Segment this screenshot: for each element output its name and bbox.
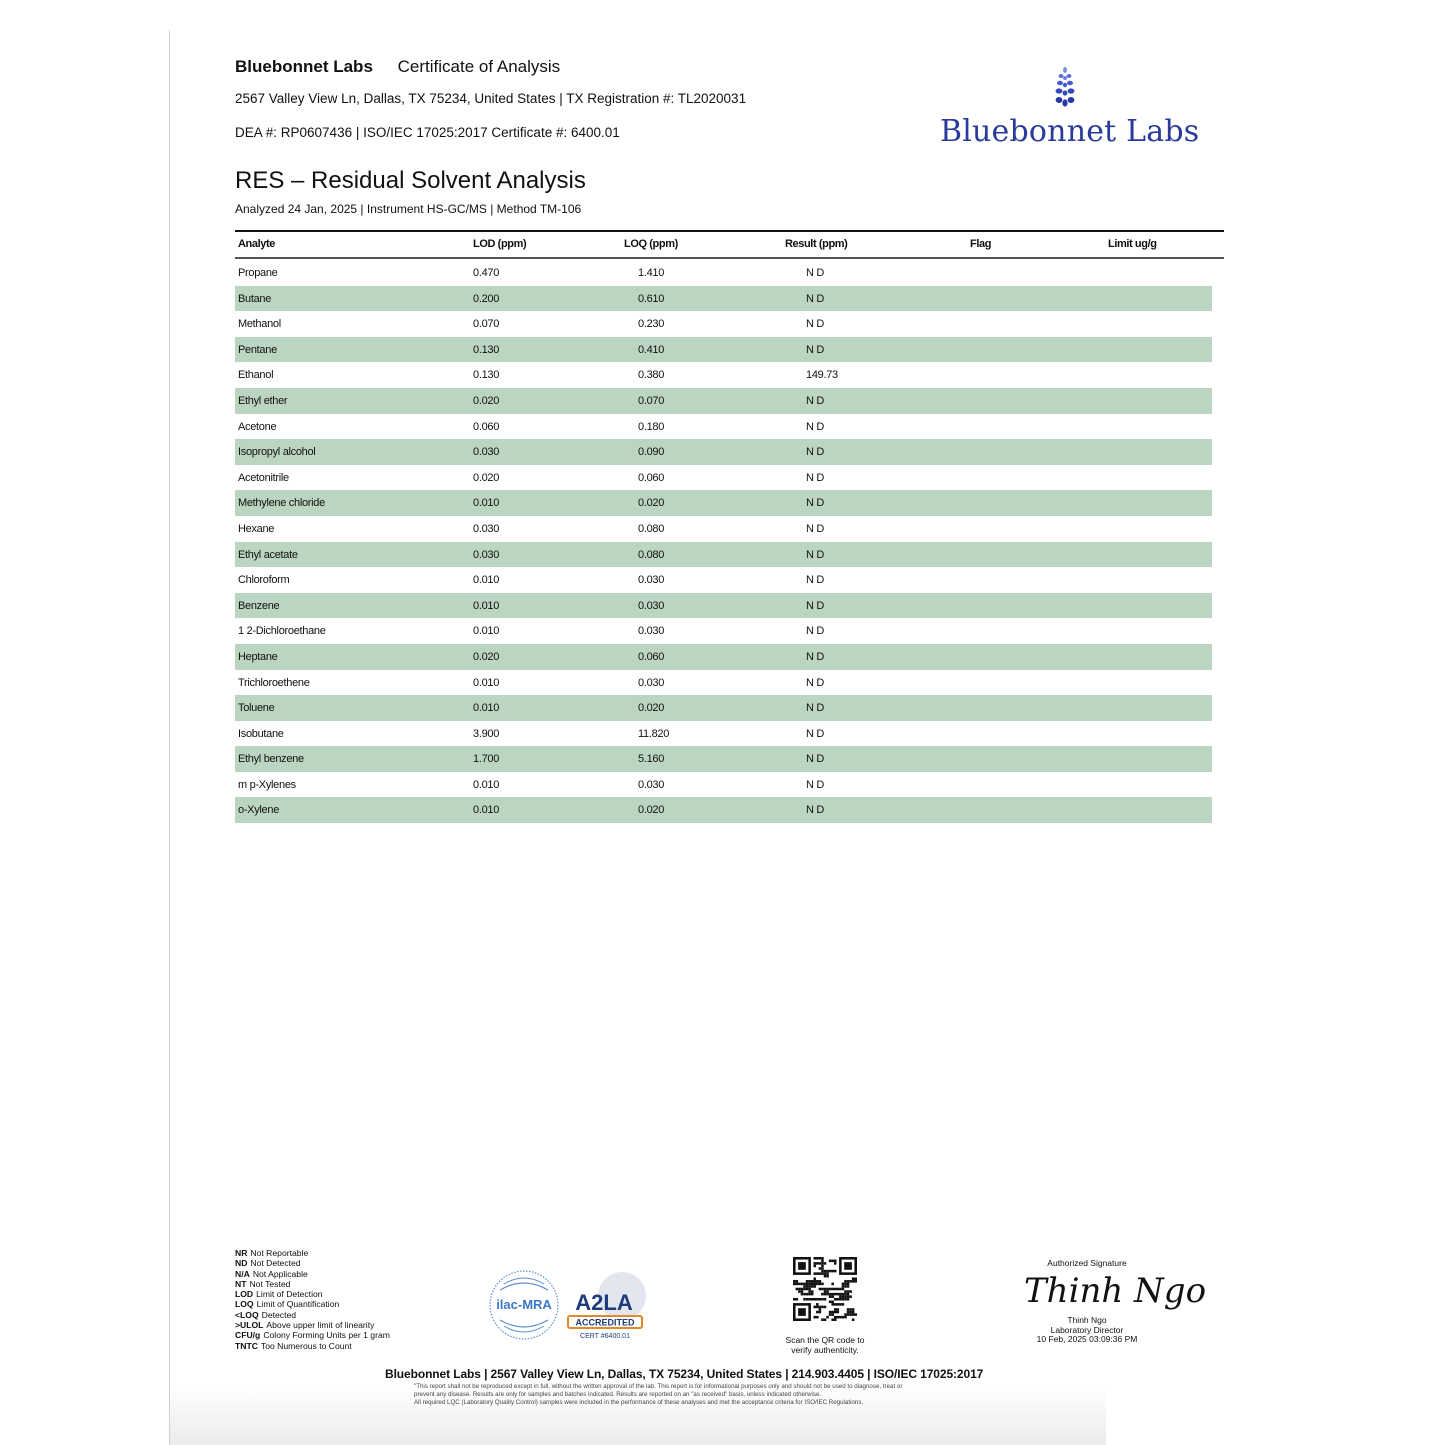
cell-result: N D <box>806 267 824 279</box>
cell-loq: 5.160 <box>638 753 664 765</box>
table-row: o-Xylene0.0100.020N D <box>235 797 1212 823</box>
lab-name: Bluebonnet Labs <box>235 57 373 76</box>
signature-script: Thinh Ngo <box>1024 1270 1174 1312</box>
cell-result: N D <box>806 677 824 689</box>
signature-date: 10 Feb, 2025 03:09:36 PM <box>1012 1335 1162 1345</box>
cell-result: N D <box>806 753 824 765</box>
footer-contact: Bluebonnet Labs | 2567 Valley View Ln, D… <box>385 1367 983 1381</box>
table-row: Hexane0.0300.080N D <box>235 516 1212 542</box>
cell-loq: 0.030 <box>638 574 664 586</box>
cell-lod: 0.010 <box>473 804 499 816</box>
cell-loq: 0.030 <box>638 600 664 612</box>
legend-definition: Not Detected <box>250 1258 300 1268</box>
cell-result: N D <box>806 523 824 535</box>
table-row: Ethyl benzene1.7005.160N D <box>235 746 1212 772</box>
signature-block: Authorized Signature Thinh Ngo Thinh Ngo… <box>1012 1258 1162 1345</box>
a2la-logo: A2LA ACCREDITED CERT #6400.01 <box>568 1272 646 1340</box>
column-header-limit: Limit ug/g <box>1108 238 1157 250</box>
lab-address: 2567 Valley View Ln, Dallas, TX 75234, U… <box>235 91 746 106</box>
cell-loq: 0.610 <box>638 293 664 305</box>
document-title: Certificate of Analysis <box>398 57 561 76</box>
cell-result: N D <box>806 804 824 816</box>
qr-verification: Scan the QR code to verify authenticity. <box>780 1257 870 1355</box>
cell-loq: 0.080 <box>638 549 664 561</box>
table-row: Pentane0.1300.410N D <box>235 337 1212 363</box>
cell-lod: 0.470 <box>473 267 499 279</box>
cell-loq: 11.820 <box>638 728 669 740</box>
cell-result: N D <box>806 702 824 714</box>
table-header: Analyte LOD (ppm) LOQ (ppm) Result (ppm)… <box>235 230 1224 259</box>
cell-lod: 0.130 <box>473 369 499 381</box>
cell-loq: 0.020 <box>638 804 664 816</box>
legend-abbreviation: N/A <box>235 1269 250 1279</box>
table-row: Propane0.4701.410N D <box>235 260 1212 286</box>
footer-disclaimer: "This report shall not be reproduced exc… <box>414 1383 974 1407</box>
cell-lod: 0.010 <box>473 779 499 791</box>
cell-lod: 3.900 <box>473 728 499 740</box>
cell-lod: 0.030 <box>473 446 499 458</box>
legend-item: CFU/gColony Forming Units per 1 gram <box>235 1330 390 1340</box>
legend-item: NRNot Reportable <box>235 1248 390 1258</box>
legend-definition: Above upper limit of linearity <box>266 1320 374 1330</box>
cell-lod: 0.010 <box>473 677 499 689</box>
table-row: Butane0.2000.610N D <box>235 286 1212 312</box>
cell-lod: 0.010 <box>473 702 499 714</box>
table-row: Heptane0.0200.060N D <box>235 644 1212 670</box>
accreditation-logos: ilac-MRA A2LA ACCREDITED CERT #6400.01 <box>488 1268 658 1344</box>
cell-lod: 1.700 <box>473 753 499 765</box>
cell-analyte: Isobutane <box>238 728 284 740</box>
results-table: Analyte LOD (ppm) LOQ (ppm) Result (ppm)… <box>235 230 1224 823</box>
legend-abbreviation: CFU/g <box>235 1330 260 1340</box>
cell-lod: 0.060 <box>473 421 499 433</box>
legend-definition: Detected <box>262 1310 296 1320</box>
svg-text:CERT #6400.01: CERT #6400.01 <box>580 1333 630 1340</box>
legend-abbreviation: TNTC <box>235 1341 258 1351</box>
bluebonnet-flower-icon <box>1052 66 1078 110</box>
cell-analyte: Ethyl ether <box>238 395 287 407</box>
cell-lod: 0.200 <box>473 293 499 305</box>
legend-item: <LOQDetected <box>235 1310 390 1320</box>
cell-loq: 0.020 <box>638 702 664 714</box>
table-row: Methylene chloride0.0100.020N D <box>235 490 1212 516</box>
section-subtitle: Analyzed 24 Jan, 2025 | Instrument HS-GC… <box>235 202 581 216</box>
column-header-loq: LOQ (ppm) <box>624 238 678 250</box>
cell-analyte: Trichloroethene <box>238 677 310 689</box>
lab-logo: Bluebonnet Labs <box>940 66 1190 149</box>
table-row: Chloroform0.0100.030N D <box>235 567 1212 593</box>
signature-label: Authorized Signature <box>1012 1258 1162 1268</box>
cell-analyte: o-Xylene <box>238 804 279 816</box>
cell-result: N D <box>806 779 824 791</box>
cell-lod: 0.030 <box>473 523 499 535</box>
cell-lod: 0.010 <box>473 574 499 586</box>
cell-analyte: Isopropyl alcohol <box>238 446 315 458</box>
table-row: Trichloroethene0.0100.030N D <box>235 670 1212 696</box>
cell-lod: 0.010 <box>473 600 499 612</box>
column-header-lod: LOD (ppm) <box>473 238 526 250</box>
table-row: Isopropyl alcohol0.0300.090N D <box>235 439 1212 465</box>
table-row: Ethyl acetate0.0300.080N D <box>235 542 1212 568</box>
cell-lod: 0.070 <box>473 318 499 330</box>
cell-result: N D <box>806 421 824 433</box>
table-row: m p-Xylenes0.0100.030N D <box>235 772 1212 798</box>
cell-loq: 0.070 <box>638 395 664 407</box>
cell-loq: 0.180 <box>638 421 664 433</box>
legend-item: TNTCToo Numerous to Count <box>235 1341 390 1351</box>
table-row: Methanol0.0700.230N D <box>235 311 1212 337</box>
legend-abbreviation: NT <box>235 1279 246 1289</box>
legend-definition: Limit of Quantification <box>257 1299 340 1309</box>
cell-loq: 0.020 <box>638 497 664 509</box>
cell-lod: 0.020 <box>473 472 499 484</box>
cell-result: N D <box>806 600 824 612</box>
cell-result: N D <box>806 344 824 356</box>
legend-item: NTNot Tested <box>235 1279 390 1289</box>
cell-analyte: Benzene <box>238 600 279 612</box>
cell-analyte: Ethyl acetate <box>238 549 298 561</box>
legend-definition: Not Tested <box>249 1279 290 1289</box>
svg-text:ACCREDITED: ACCREDITED <box>575 1318 635 1328</box>
cell-result: N D <box>806 549 824 561</box>
cell-result: N D <box>806 318 824 330</box>
cell-result: N D <box>806 625 824 637</box>
cell-result: N D <box>806 651 824 663</box>
legend-abbreviation: LOD <box>235 1289 253 1299</box>
cell-loq: 0.060 <box>638 472 664 484</box>
legend-item: NDNot Detected <box>235 1258 390 1268</box>
qr-caption: Scan the QR code to verify authenticity. <box>780 1335 870 1355</box>
legend-abbreviation: <LOQ <box>235 1310 259 1320</box>
header-title-line: Bluebonnet Labs Certificate of Analysis <box>235 57 560 77</box>
cell-loq: 0.080 <box>638 523 664 535</box>
cell-loq: 0.030 <box>638 677 664 689</box>
legend-definition: Too Numerous to Count <box>261 1341 352 1351</box>
cell-analyte: Hexane <box>238 523 274 535</box>
legend-abbreviation: LOQ <box>235 1299 254 1309</box>
legend-item: LOQLimit of Quantification <box>235 1299 390 1309</box>
cell-loq: 0.060 <box>638 651 664 663</box>
cell-result: N D <box>806 472 824 484</box>
legend-definition: Colony Forming Units per 1 gram <box>263 1330 390 1340</box>
cell-analyte: Butane <box>238 293 271 305</box>
column-header-flag: Flag <box>970 238 991 250</box>
cell-analyte: Chloroform <box>238 574 289 586</box>
table-row: Acetonitrile0.0200.060N D <box>235 465 1212 491</box>
table-row: Benzene0.0100.030N D <box>235 593 1212 619</box>
cell-analyte: Acetone <box>238 421 276 433</box>
cell-lod: 0.030 <box>473 549 499 561</box>
cell-analyte: m p-Xylenes <box>238 779 296 791</box>
cell-result: N D <box>806 293 824 305</box>
cell-analyte: Ethyl benzene <box>238 753 304 765</box>
page-edge <box>169 30 170 1445</box>
column-header-result: Result (ppm) <box>785 238 847 250</box>
cell-analyte: Pentane <box>238 344 277 356</box>
legend-definition: Not Reportable <box>250 1248 308 1258</box>
cell-loq: 0.410 <box>638 344 664 356</box>
cell-lod: 0.020 <box>473 651 499 663</box>
cell-analyte: 1 2-Dichloroethane <box>238 625 326 637</box>
column-header-analyte: Analyte <box>238 238 275 250</box>
cell-analyte: Acetonitrile <box>238 472 289 484</box>
cell-lod: 0.010 <box>473 497 499 509</box>
table-row: Acetone0.0600.180N D <box>235 414 1212 440</box>
cell-loq: 0.090 <box>638 446 664 458</box>
cell-analyte: Methanol <box>238 318 281 330</box>
cell-result: N D <box>806 446 824 458</box>
abbreviation-legend: NRNot ReportableNDNot DetectedN/ANot App… <box>235 1248 390 1351</box>
cell-result: N D <box>806 497 824 509</box>
table-row: Isobutane3.90011.820N D <box>235 721 1212 747</box>
table-row: Ethanol0.1300.380149.73 <box>235 362 1212 388</box>
cell-loq: 0.030 <box>638 779 664 791</box>
cell-result: 149.73 <box>806 369 838 381</box>
cell-loq: 0.030 <box>638 625 664 637</box>
legend-abbreviation: >ULOL <box>235 1320 263 1330</box>
cell-loq: 0.230 <box>638 318 664 330</box>
table-row: Ethyl ether0.0200.070N D <box>235 388 1212 414</box>
lab-certifications: DEA #: RP0607436 | ISO/IEC 17025:2017 Ce… <box>235 125 620 140</box>
svg-text:A2LA: A2LA <box>575 1290 633 1315</box>
legend-definition: Limit of Detection <box>256 1289 322 1299</box>
cell-loq: 0.380 <box>638 369 664 381</box>
table-body: Propane0.4701.410N DButane0.2000.610N DM… <box>235 260 1212 823</box>
cell-result: N D <box>806 728 824 740</box>
cell-lod: 0.020 <box>473 395 499 407</box>
section-title: RES – Residual Solvent Analysis <box>235 167 586 195</box>
logo-text: Bluebonnet Labs <box>940 114 1190 149</box>
qr-code-icon[interactable] <box>793 1257 857 1321</box>
legend-item: LODLimit of Detection <box>235 1289 390 1299</box>
table-row: 1 2-Dichloroethane0.0100.030N D <box>235 618 1212 644</box>
cell-analyte: Propane <box>238 267 278 279</box>
cell-analyte: Heptane <box>238 651 278 663</box>
cell-lod: 0.010 <box>473 625 499 637</box>
cell-analyte: Toluene <box>238 702 274 714</box>
legend-abbreviation: ND <box>235 1258 247 1268</box>
cell-loq: 1.410 <box>638 267 664 279</box>
legend-abbreviation: NR <box>235 1248 247 1258</box>
svg-text:ilac-MRA: ilac-MRA <box>496 1297 552 1312</box>
cell-analyte: Ethanol <box>238 369 273 381</box>
cell-result: N D <box>806 574 824 586</box>
cell-result: N D <box>806 395 824 407</box>
table-row: Toluene0.0100.020N D <box>235 695 1212 721</box>
legend-item: N/ANot Applicable <box>235 1269 390 1279</box>
legend-definition: Not Applicable <box>253 1269 308 1279</box>
ilac-mra-logo: ilac-MRA <box>490 1271 558 1339</box>
legend-item: >ULOLAbove upper limit of linearity <box>235 1320 390 1330</box>
cell-analyte: Methylene chloride <box>238 497 325 509</box>
cell-lod: 0.130 <box>473 344 499 356</box>
